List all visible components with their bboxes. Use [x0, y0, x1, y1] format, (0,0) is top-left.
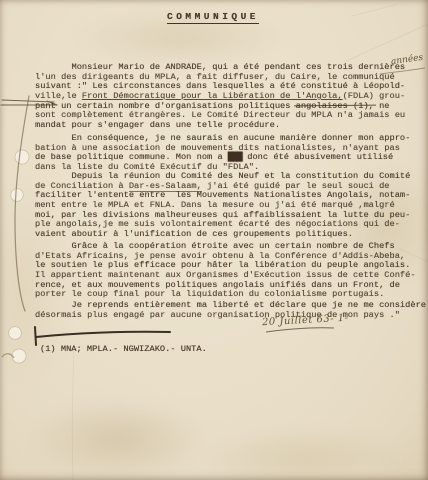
scanned-document-page: COMMUNIQUE Monsieur Mario de ANDRADE, qu… [0, 0, 428, 480]
paragraph-3: Depuis la réunion du Comité des Neuf et … [35, 172, 410, 240]
text-line: mandat pour s'engager dans une telle pro… [35, 121, 405, 131]
edge-pencil-mark [2, 354, 14, 358]
punch-hole [9, 327, 22, 340]
text-segment: ville,le [35, 91, 82, 101]
paragraph-2: En conséquence, je ne saurais en aucune … [35, 134, 410, 173]
text-line: vaient aboutir à l'unification de ces gr… [35, 230, 410, 240]
separator-hand-line [35, 327, 170, 345]
punch-hole [12, 349, 26, 363]
text-segment: donc été abusivement utilisé [242, 152, 393, 162]
text-line: désormais plus engagé par aucune organis… [35, 311, 426, 321]
punch-hole [11, 189, 24, 202]
text-segment: de base politique commune. Mon nom a [35, 152, 228, 162]
paragraph-5: Je reprends entièrement ma liberté et dé… [35, 301, 426, 320]
document-title: COMMUNIQUE [167, 11, 259, 24]
paper-stain [28, 398, 208, 480]
text-segment: (FDLA) grou- [343, 91, 406, 101]
paper-stain [200, 428, 410, 480]
paragraph-4: Grâce à la coopération étroite avec un c… [35, 242, 416, 300]
underlined-phrase: Front Démocratique pour la Libération de… [82, 91, 343, 101]
punch-hole [15, 150, 29, 164]
date-underline-mark [266, 328, 334, 332]
paragraph-1: Monsieur Mario de ANDRADE, qui a été pen… [35, 63, 405, 131]
text-line: porter le coup final pour la liquidation… [35, 290, 416, 300]
punch-holes [9, 150, 29, 363]
margin-vertical-line [15, 96, 29, 311]
handwritten-inserted-word: années [390, 53, 423, 67]
footnote: (1) MNA; MPLA.- NGWIZAKO.- UNTA. [40, 344, 207, 354]
ink-blot-crossed-word: ███ [228, 152, 242, 162]
